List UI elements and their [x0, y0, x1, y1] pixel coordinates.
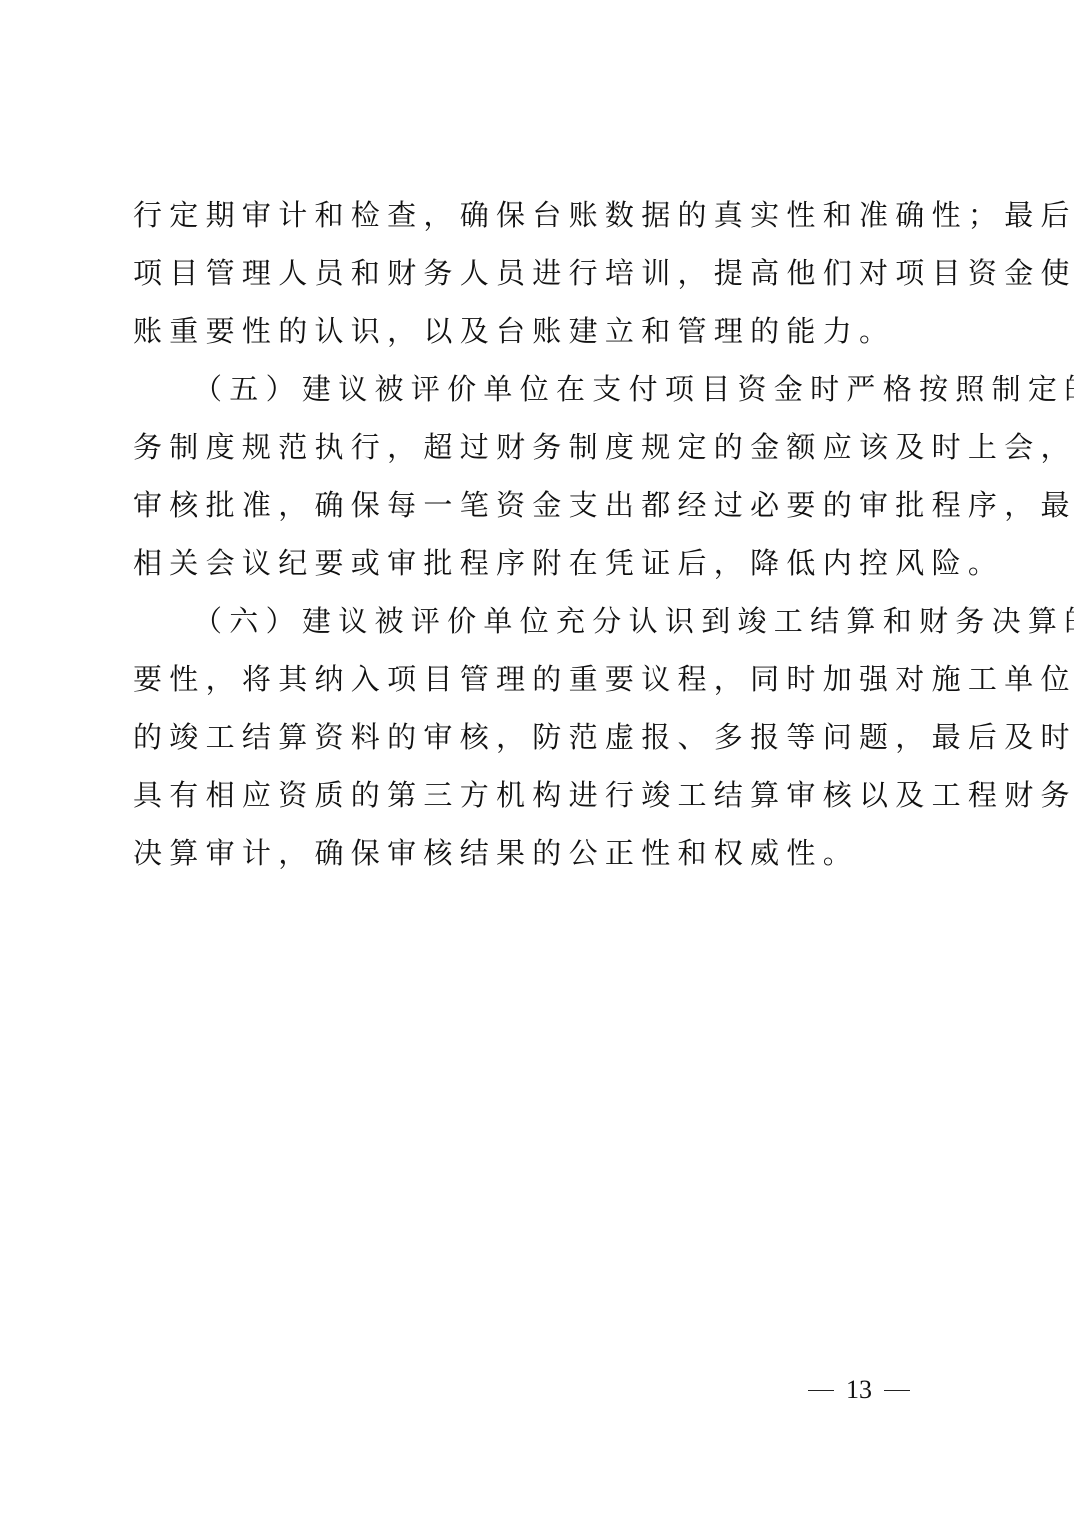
- text-line: （六）建议被评价单位充分认识到竣工结算和财务决算的重: [133, 592, 943, 650]
- text-line: 项目管理人员和财务人员进行培训，提高他们对项目资金使用台: [133, 244, 943, 302]
- text-line: 务制度规范执行，超过财务制度规定的金额应该及时上会，及时: [133, 418, 943, 476]
- text-line: 具有相应资质的第三方机构进行竣工结算审核以及工程财务竣工: [133, 766, 943, 824]
- text-line: 决算审计，确保审核结果的公正性和权威性。: [133, 824, 943, 882]
- page-number: 13: [846, 1372, 872, 1408]
- document-page: 行定期审计和检查，确保台账数据的真实性和准确性；最后应对 项目管理人员和财务人员…: [0, 0, 1074, 1520]
- text-line: 审核批准，确保每一笔资金支出都经过必要的审批程序，最后将: [133, 476, 943, 534]
- text-line: 相关会议纪要或审批程序附在凭证后，降低内控风险。: [133, 534, 943, 592]
- dash-left-decoration: [808, 1390, 834, 1391]
- text-line: （五）建议被评价单位在支付项目资金时严格按照制定的财: [133, 360, 943, 418]
- text-line: 要性，将其纳入项目管理的重要议程，同时加强对施工单位提交: [133, 650, 943, 708]
- text-line: 行定期审计和检查，确保台账数据的真实性和准确性；最后应对: [133, 186, 943, 244]
- text-line: 的竣工结算资料的审核，防范虚报、多报等问题，最后及时委托: [133, 708, 943, 766]
- body-text: 行定期审计和检查，确保台账数据的真实性和准确性；最后应对 项目管理人员和财务人员…: [133, 186, 943, 882]
- paragraph-item-6: （六）建议被评价单位充分认识到竣工结算和财务决算的重 要性，将其纳入项目管理的重…: [133, 592, 943, 882]
- paragraph-continuation: 行定期审计和检查，确保台账数据的真实性和准确性；最后应对 项目管理人员和财务人员…: [133, 186, 943, 360]
- page-number-footer: 13: [808, 1372, 910, 1408]
- dash-right-decoration: [884, 1390, 910, 1391]
- paragraph-item-5: （五）建议被评价单位在支付项目资金时严格按照制定的财 务制度规范执行，超过财务制…: [133, 360, 943, 592]
- text-line: 账重要性的认识，以及台账建立和管理的能力。: [133, 302, 943, 360]
